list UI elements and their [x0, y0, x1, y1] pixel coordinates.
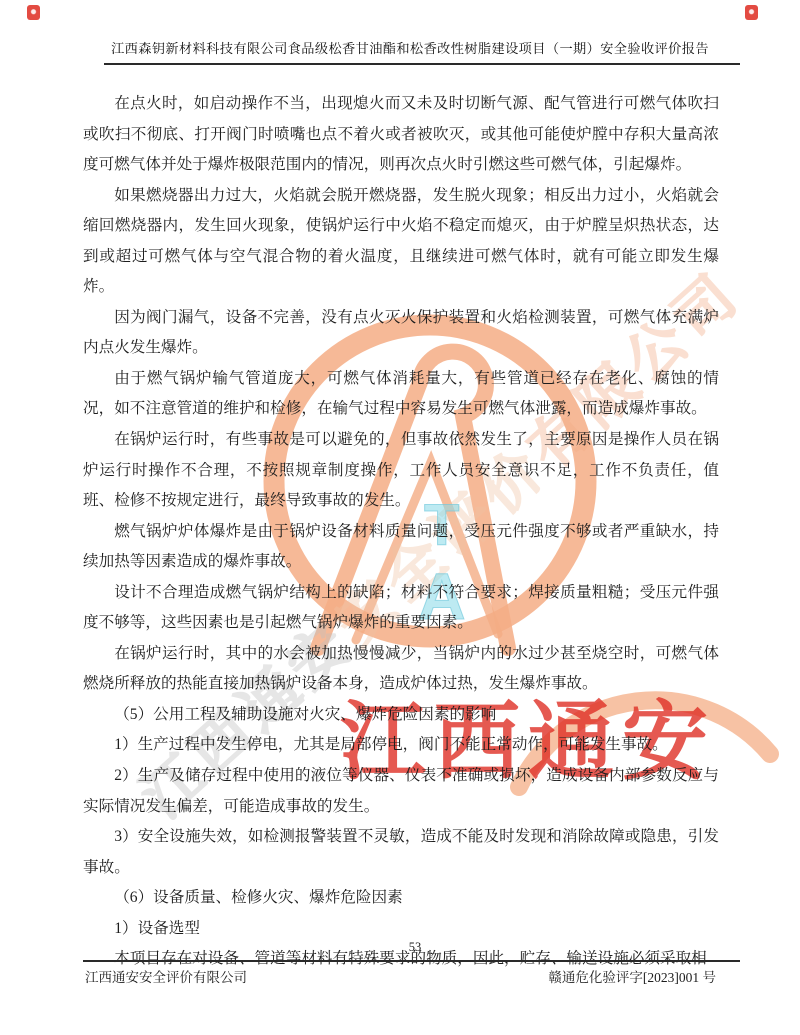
footer-rule [83, 960, 740, 962]
page-number: 53 [0, 940, 800, 955]
footer-doc-number: 赣通危化验评字[2023]001 号 [548, 966, 716, 986]
paragraph: 1）生产过程中发生停电，尤其是局部停电，阀门不能正常动作，可能发生事故。 [83, 730, 719, 761]
paragraph: 由于燃气锅炉输气管道庞大，可燃气体消耗量大，有些管道已经存在老化、腐蚀的情况，如… [83, 364, 719, 425]
paragraph: 在点火时，如启动操作不当，出现熄火而又未及时切断气源、配气管进行可燃气体吹扫或吹… [83, 89, 719, 181]
paragraph: 燃气锅炉炉体爆炸是由于锅炉设备材料质量问题，受压元件强度不够或者严重缺水，持续加… [83, 517, 719, 578]
paragraph: 在锅炉运行时，其中的水会被加热慢慢减少，当锅炉内的水过少甚至烧空时，可燃气体燃烧… [83, 639, 719, 700]
paragraph: 因为阀门漏气，设备不完善，没有点火灭火保护装置和火焰检测装置，可燃气体充满炉内点… [83, 303, 719, 364]
header-rule [104, 63, 740, 65]
paragraph: 2）生产及储存过程中使用的液位等仪器、仪表不准确或损坏，造成设备内部参数反应与实… [83, 761, 719, 822]
paragraph: 设计不合理造成燃气锅炉结构上的缺陷；材料不符合要求；焊接质量粗糙；受压元件强度不… [83, 578, 719, 639]
document-content: 江西森钥新材料科技有限公司食品级松香甘油酯和松香改性树脂建设项目（一期）安全验收… [0, 0, 800, 1035]
report-page: 江西通安安全评价有限公司 T A 江西通安 江西森钥新材料科技有限公司食品级松香… [0, 0, 800, 1035]
page-header-title: 江西森钥新材料科技有限公司食品级松香甘油酯和松香改性树脂建设项目（一期）安全验收… [80, 38, 740, 57]
paragraph: （6）设备质量、检修火灾、爆炸危险因素 [83, 883, 719, 914]
paragraph: 在锅炉运行时，有些事故是可以避免的，但事故依然发生了，主要原因是操作人员在锅炉运… [83, 425, 719, 517]
paragraph: （5）公用工程及辅助设施对火灾、爆炸危险因素的影响 [83, 700, 719, 731]
paragraph: 3）安全设施失效，如检测报警装置不灵敏，造成不能及时发现和消除故障或隐患，引发事… [83, 822, 719, 883]
body-paragraphs: 在点火时，如启动操作不当，出现熄火而又未及时切断气源、配气管进行可燃气体吹扫或吹… [83, 89, 719, 975]
footer-company: 江西通安安全评价有限公司 [85, 966, 247, 986]
paragraph: 如果燃烧器出力过大，火焰就会脱开燃烧器，发生脱火现象；相反出力过小，火焰就会缩回… [83, 181, 719, 303]
